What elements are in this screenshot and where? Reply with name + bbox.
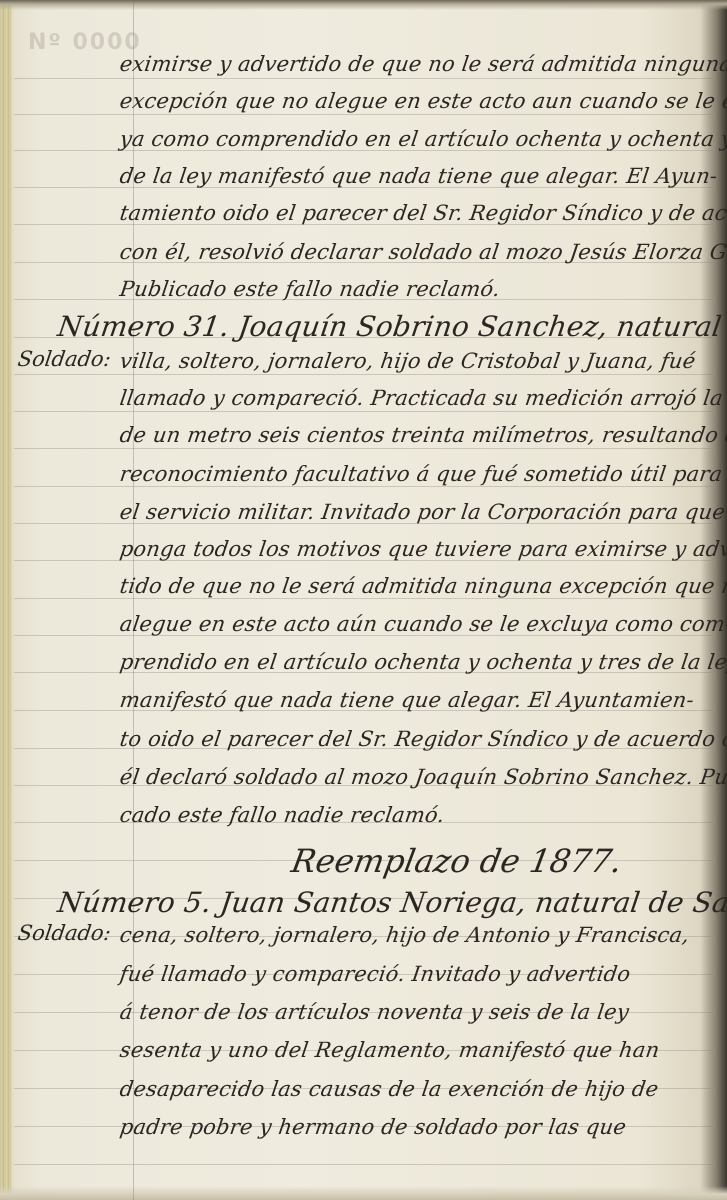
document-page: Nº 0000 eximirse y advertido de que no l… xyxy=(0,0,727,1200)
text-line: á tenor de los artículos noventa y seis … xyxy=(118,1000,630,1024)
ruled-line xyxy=(14,374,714,375)
text-line: Publicado este fallo nadie reclamó. xyxy=(118,277,501,301)
ruled-line xyxy=(14,448,714,449)
text-line: cena, soltero, jornalero, hijo de Antoni… xyxy=(118,923,691,947)
text-line: el servicio militar. Invitado por la Cor… xyxy=(118,500,727,524)
entry-header: Número 5. Juan Santos Noriega, natural d… xyxy=(56,886,727,919)
text-line: ya como comprendido en el artículo ochen… xyxy=(118,127,727,151)
ruled-line xyxy=(14,78,714,79)
text-line: tido de que no le será admitida ninguna … xyxy=(118,574,727,598)
ruled-line xyxy=(14,598,714,599)
ruled-line xyxy=(14,1164,714,1165)
text-line: tamiento oido el parecer del Sr. Regidor… xyxy=(118,201,727,225)
page-binding-edge xyxy=(0,0,12,1200)
text-line: padre pobre y hermano de soldado por las… xyxy=(118,1115,627,1139)
entry-header: Número 31. Joaquín Sobrino Sanchez, natu… xyxy=(56,310,727,343)
margin-note-soldado: Soldado: xyxy=(16,921,112,945)
text-line: llamado y compareció. Practicada su medi… xyxy=(118,386,727,410)
text-line: con él, resolvió declarar soldado al moz… xyxy=(118,240,727,264)
ruled-line xyxy=(14,114,714,115)
text-line: alegue en este acto aún cuando se le exc… xyxy=(118,612,727,636)
page-top-shadow xyxy=(0,0,727,10)
text-line: reconocimiento facultativo á que fué som… xyxy=(118,462,724,486)
text-line: desaparecido las causas de la exención d… xyxy=(118,1077,660,1101)
page-bottom-edge xyxy=(0,1186,727,1200)
section-heading: Reemplazo de 1877. xyxy=(289,842,625,880)
text-line: prendido en el artículo ochenta y ochent… xyxy=(118,650,727,674)
text-line: manifestó que nada tiene que alegar. El … xyxy=(118,688,695,712)
text-line: excepción que no alegue en este acto aun… xyxy=(118,89,727,113)
text-line: cado este fallo nadie reclamó. xyxy=(118,803,446,827)
text-line: villa, soltero, jornalero, hijo de Crist… xyxy=(118,349,697,373)
ruled-line xyxy=(14,411,714,412)
text-line: fué llamado y compareció. Invitado y adv… xyxy=(118,962,632,986)
ruled-line xyxy=(14,486,714,487)
text-line: ponga todos los motivos que tuviere para… xyxy=(118,537,727,561)
text-line: to oido el parecer del Sr. Regidor Síndi… xyxy=(118,727,727,751)
margin-note-soldado: Soldado: xyxy=(16,347,112,371)
text-line: sesenta y uno del Reglamento, manifestó … xyxy=(118,1038,661,1062)
text-line: eximirse y advertido de que no le será a… xyxy=(118,52,727,76)
text-line: de un metro seis cientos treinta milímet… xyxy=(118,423,727,447)
text-line: de la ley manifestó que nada tiene que a… xyxy=(118,164,719,188)
text-line: él declaró soldado al mozo Joaquín Sobri… xyxy=(118,765,727,789)
